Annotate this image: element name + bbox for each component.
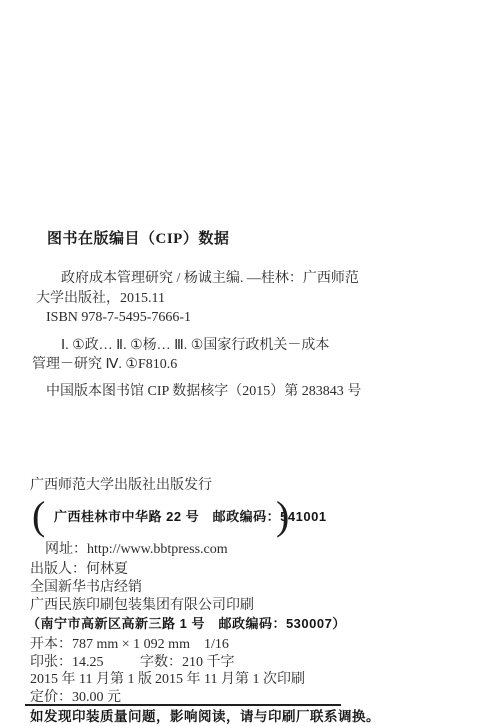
printer-line: 广西民族印刷包装集团有限公司印刷 xyxy=(30,597,254,614)
word-count-value: 字数：210 千字 xyxy=(140,654,235,671)
publisher-person-line: 出版人：何林夏 xyxy=(30,561,128,578)
isbn-line: ISBN 978-7-5495-7666-1 xyxy=(46,309,191,326)
publisher-line: 广西师范大学出版社出版发行 xyxy=(30,477,212,494)
close-paren-glyph: ) xyxy=(276,496,289,536)
book-copyright-page: 图书在版编目（CIP）数据 政府成本管理研究 / 杨诚主编. —桂林：广西师范 … xyxy=(0,0,500,726)
printer-address-line: （南宁市高新区高新三路 1 号 邮政编码：530007） xyxy=(27,615,346,632)
cip-classification-line1: Ⅰ. ①政… Ⅱ. ①杨… Ⅲ. ①国家行政机关－成本 xyxy=(61,337,329,354)
distribution-line: 全国新华书店经销 xyxy=(30,579,142,596)
quality-notice: 如发现印装质量问题，影响阅读，请与印刷厂联系调换。 xyxy=(30,708,380,725)
cip-entry-line2: 大学出版社，2015.11 xyxy=(36,290,165,307)
cip-heading: 图书在版编目（CIP）数据 xyxy=(47,231,229,248)
open-paren-glyph: ( xyxy=(32,496,45,536)
footer-divider xyxy=(25,704,341,706)
sheets-value: 印张：14.25 xyxy=(30,654,104,671)
edition-value: 2015 年 11 月第 1 版 xyxy=(30,671,152,688)
cip-entry-line1: 政府成本管理研究 / 杨诚主编. —桂林：广西师范 xyxy=(61,270,359,287)
format-line: 开本：787 mm × 1 092 mm 1/16 xyxy=(30,636,229,653)
cip-record-number: 中国版本图书馆 CIP 数据核字（2015）第 283843 号 xyxy=(46,383,361,400)
cip-classification-line2: 管理－研究 Ⅳ. ①F810.6 xyxy=(32,356,177,373)
printing-value: 2015 年 11 月第 1 次印刷 xyxy=(155,671,305,688)
website-line: 网址：http://www.bbtpress.com xyxy=(45,541,228,558)
